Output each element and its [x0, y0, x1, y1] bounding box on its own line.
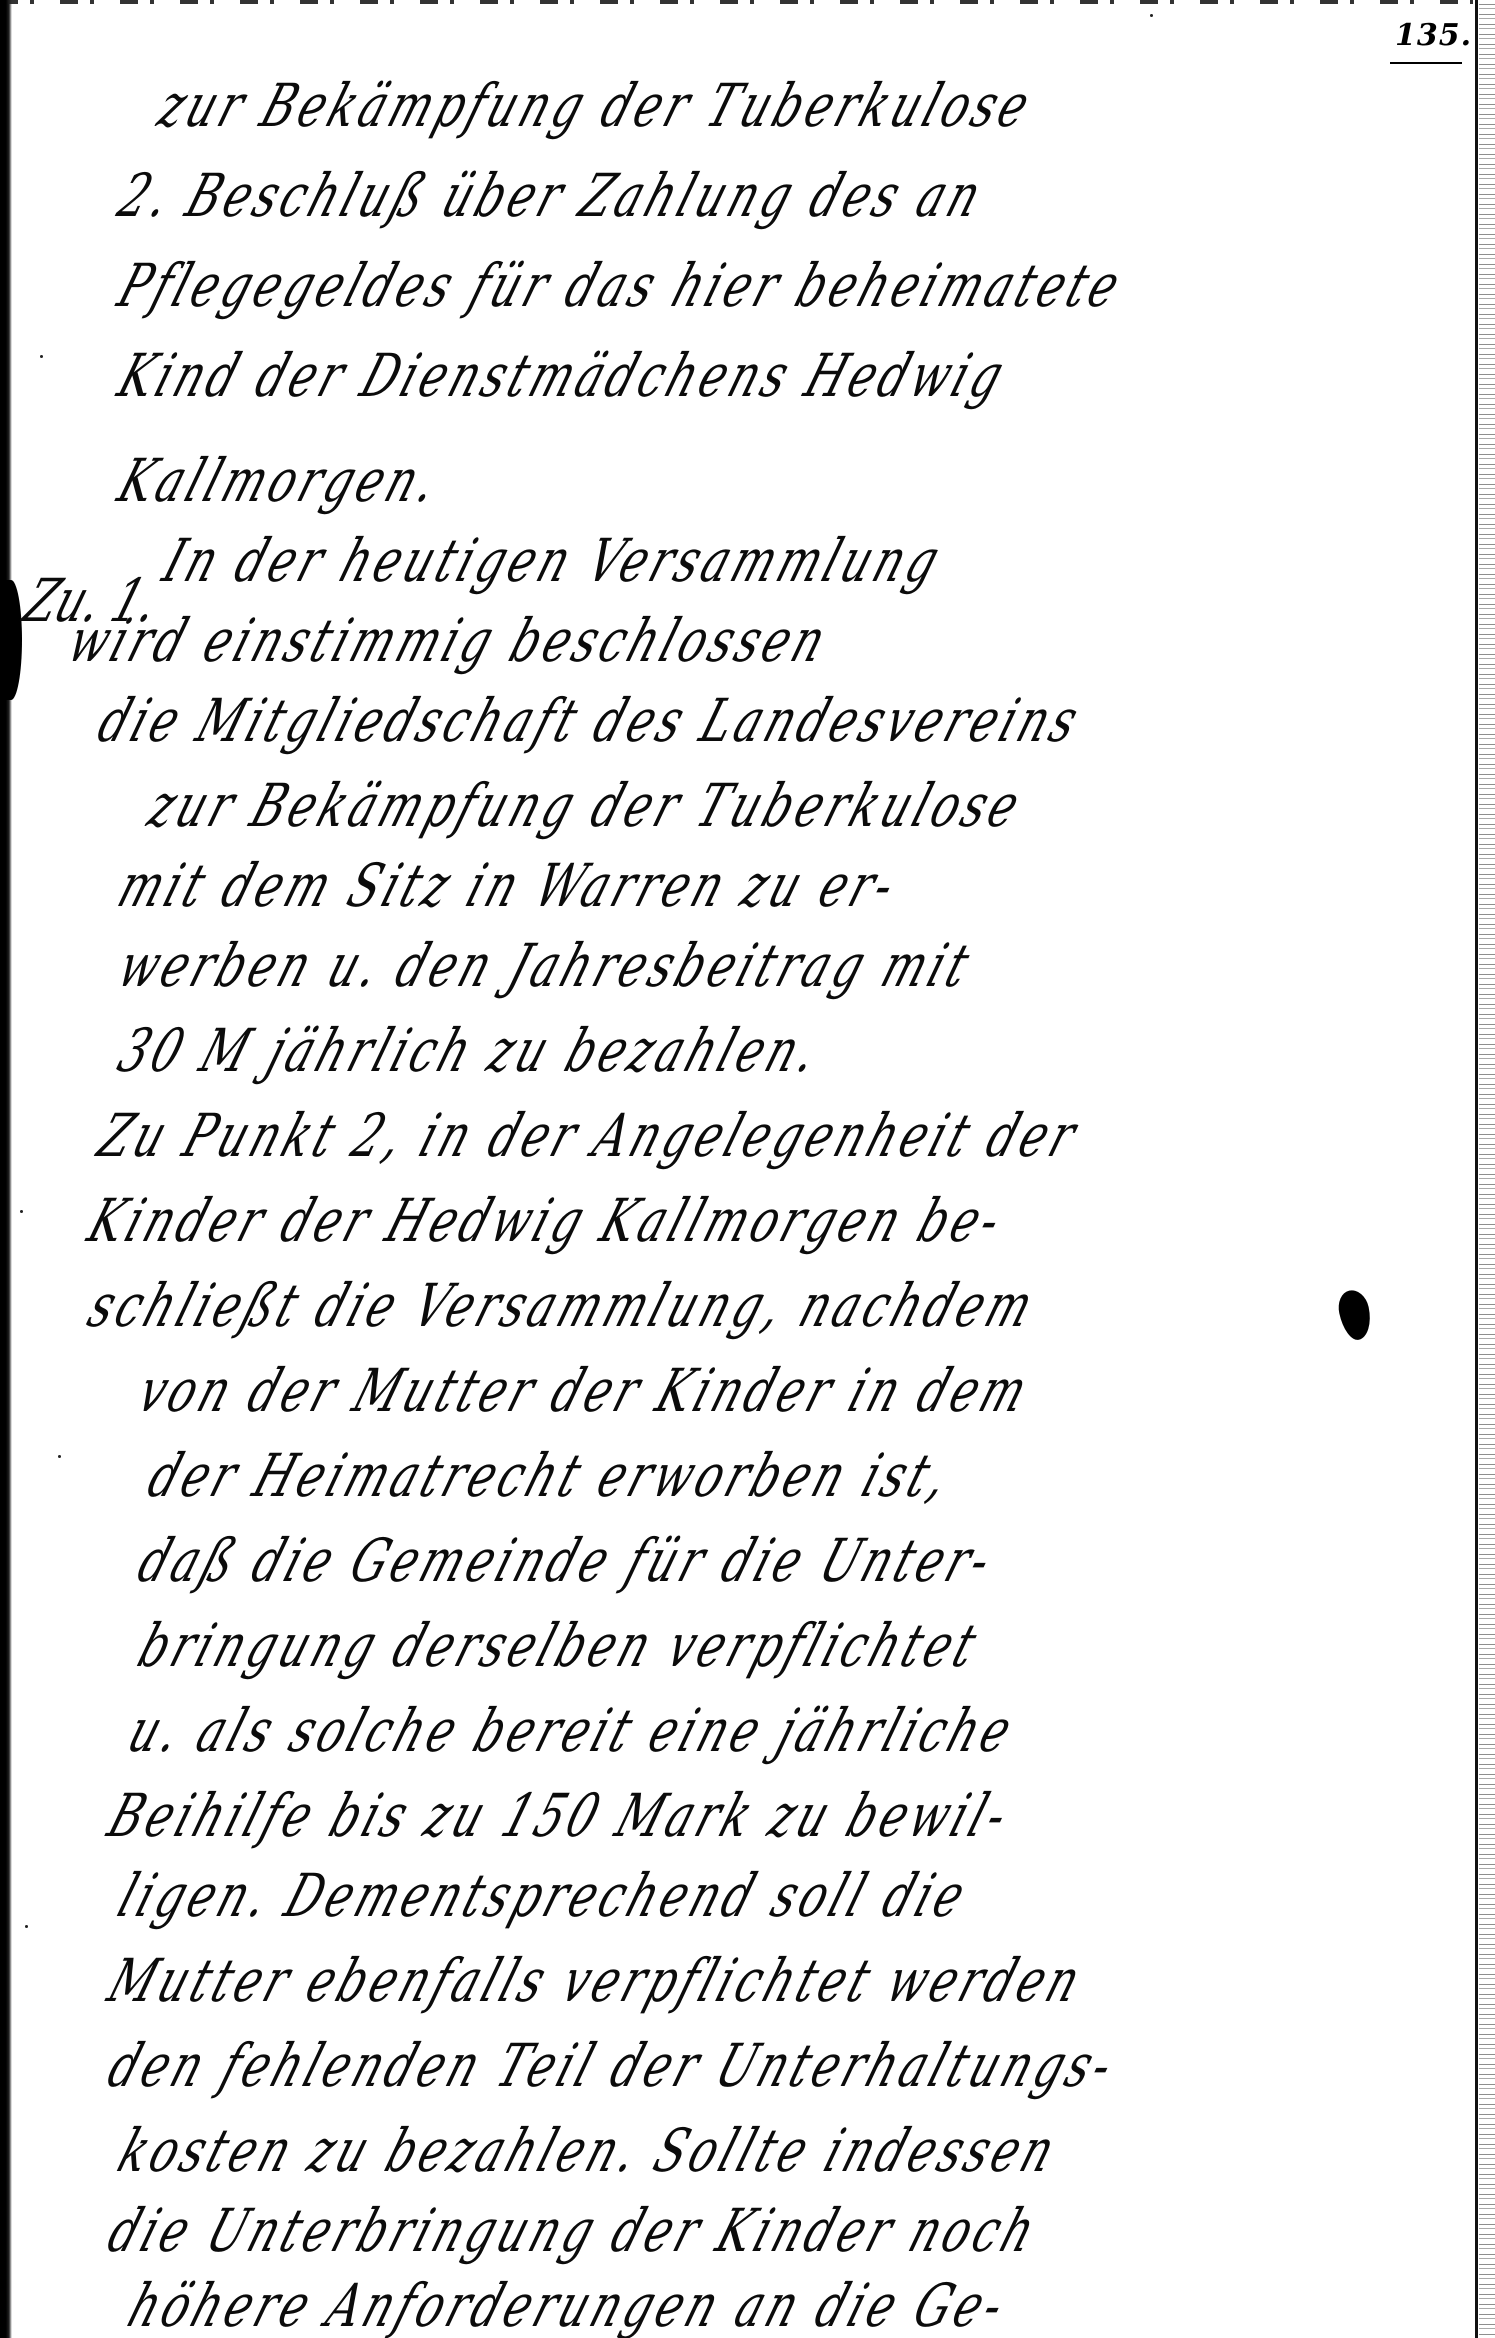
text-line: von der Mutter der Kinder in dem	[130, 1357, 1039, 1426]
handwritten-text-body: zur Bekämpfung der Tuberkulose 2. Beschl…	[0, 0, 1495, 2338]
text-line: mit dem Sitz in Warren zu er-	[110, 852, 907, 921]
text-line: bringung derselben verpflichtet	[130, 1612, 988, 1681]
text-line: In der heutigen Versammlung	[155, 527, 951, 596]
scan-speck	[1150, 14, 1153, 17]
text-line: ligen. Dementsprechend soll die	[110, 1862, 977, 1931]
text-line: den fehlenden Teil der Unterhaltungs-	[100, 2032, 1125, 2101]
scan-speck	[20, 1210, 23, 1213]
text-line: Kinder der Hedwig Kallmorgen be-	[80, 1187, 1013, 1256]
text-line: daß die Gemeinde für die Unter-	[130, 1527, 1003, 1596]
text-line: Pflegegeldes für das hier beheimatete	[110, 252, 1132, 321]
scan-speck	[40, 355, 43, 358]
text-line: zur Bekämpfung der Tuberkulose	[140, 772, 1032, 841]
text-line: Kind der Dienstmädchens Hedwig	[110, 342, 1016, 411]
text-line: wird einstimmig beschlossen	[60, 607, 838, 676]
text-line: kosten zu bezahlen. Sollte indessen	[110, 2117, 1067, 2186]
text-line: u. als solche bereit eine jährliche	[120, 1697, 1024, 1766]
text-line: höhere Anforderungen an die Ge-	[120, 2272, 1016, 2338]
text-line: werben u. den Jahresbeitrag mit	[110, 932, 981, 1001]
text-line: Zu Punkt 2, in der Angelegenheit der	[90, 1102, 1088, 1171]
scan-speck	[58, 1455, 61, 1458]
text-line: die Mitgliedschaft des Landesvereins	[90, 687, 1090, 756]
text-line: Kallmorgen.	[110, 447, 449, 516]
text-line: 30 M jährlich zu bezahlen.	[110, 1017, 830, 1086]
document-page: 135. Zu. 1. zur Bekämpfung der Tuberkulo…	[0, 0, 1495, 2338]
text-line: der Heimatrecht erworben ist,	[140, 1442, 961, 1511]
text-line: Beihilfe bis zu 150 Mark zu bewil-	[100, 1782, 1019, 1851]
text-line: Mutter ebenfalls verpflichtet werden	[100, 1947, 1092, 2016]
text-line: die Unterbringung der Kinder noch	[100, 2197, 1047, 2266]
text-line: schließt die Versammlung, nachdem	[80, 1272, 1045, 1341]
text-line: 2. Beschluß über Zahlung des an	[110, 162, 993, 231]
scan-speck	[25, 1925, 28, 1928]
text-line: zur Bekämpfung der Tuberkulose	[150, 72, 1042, 141]
